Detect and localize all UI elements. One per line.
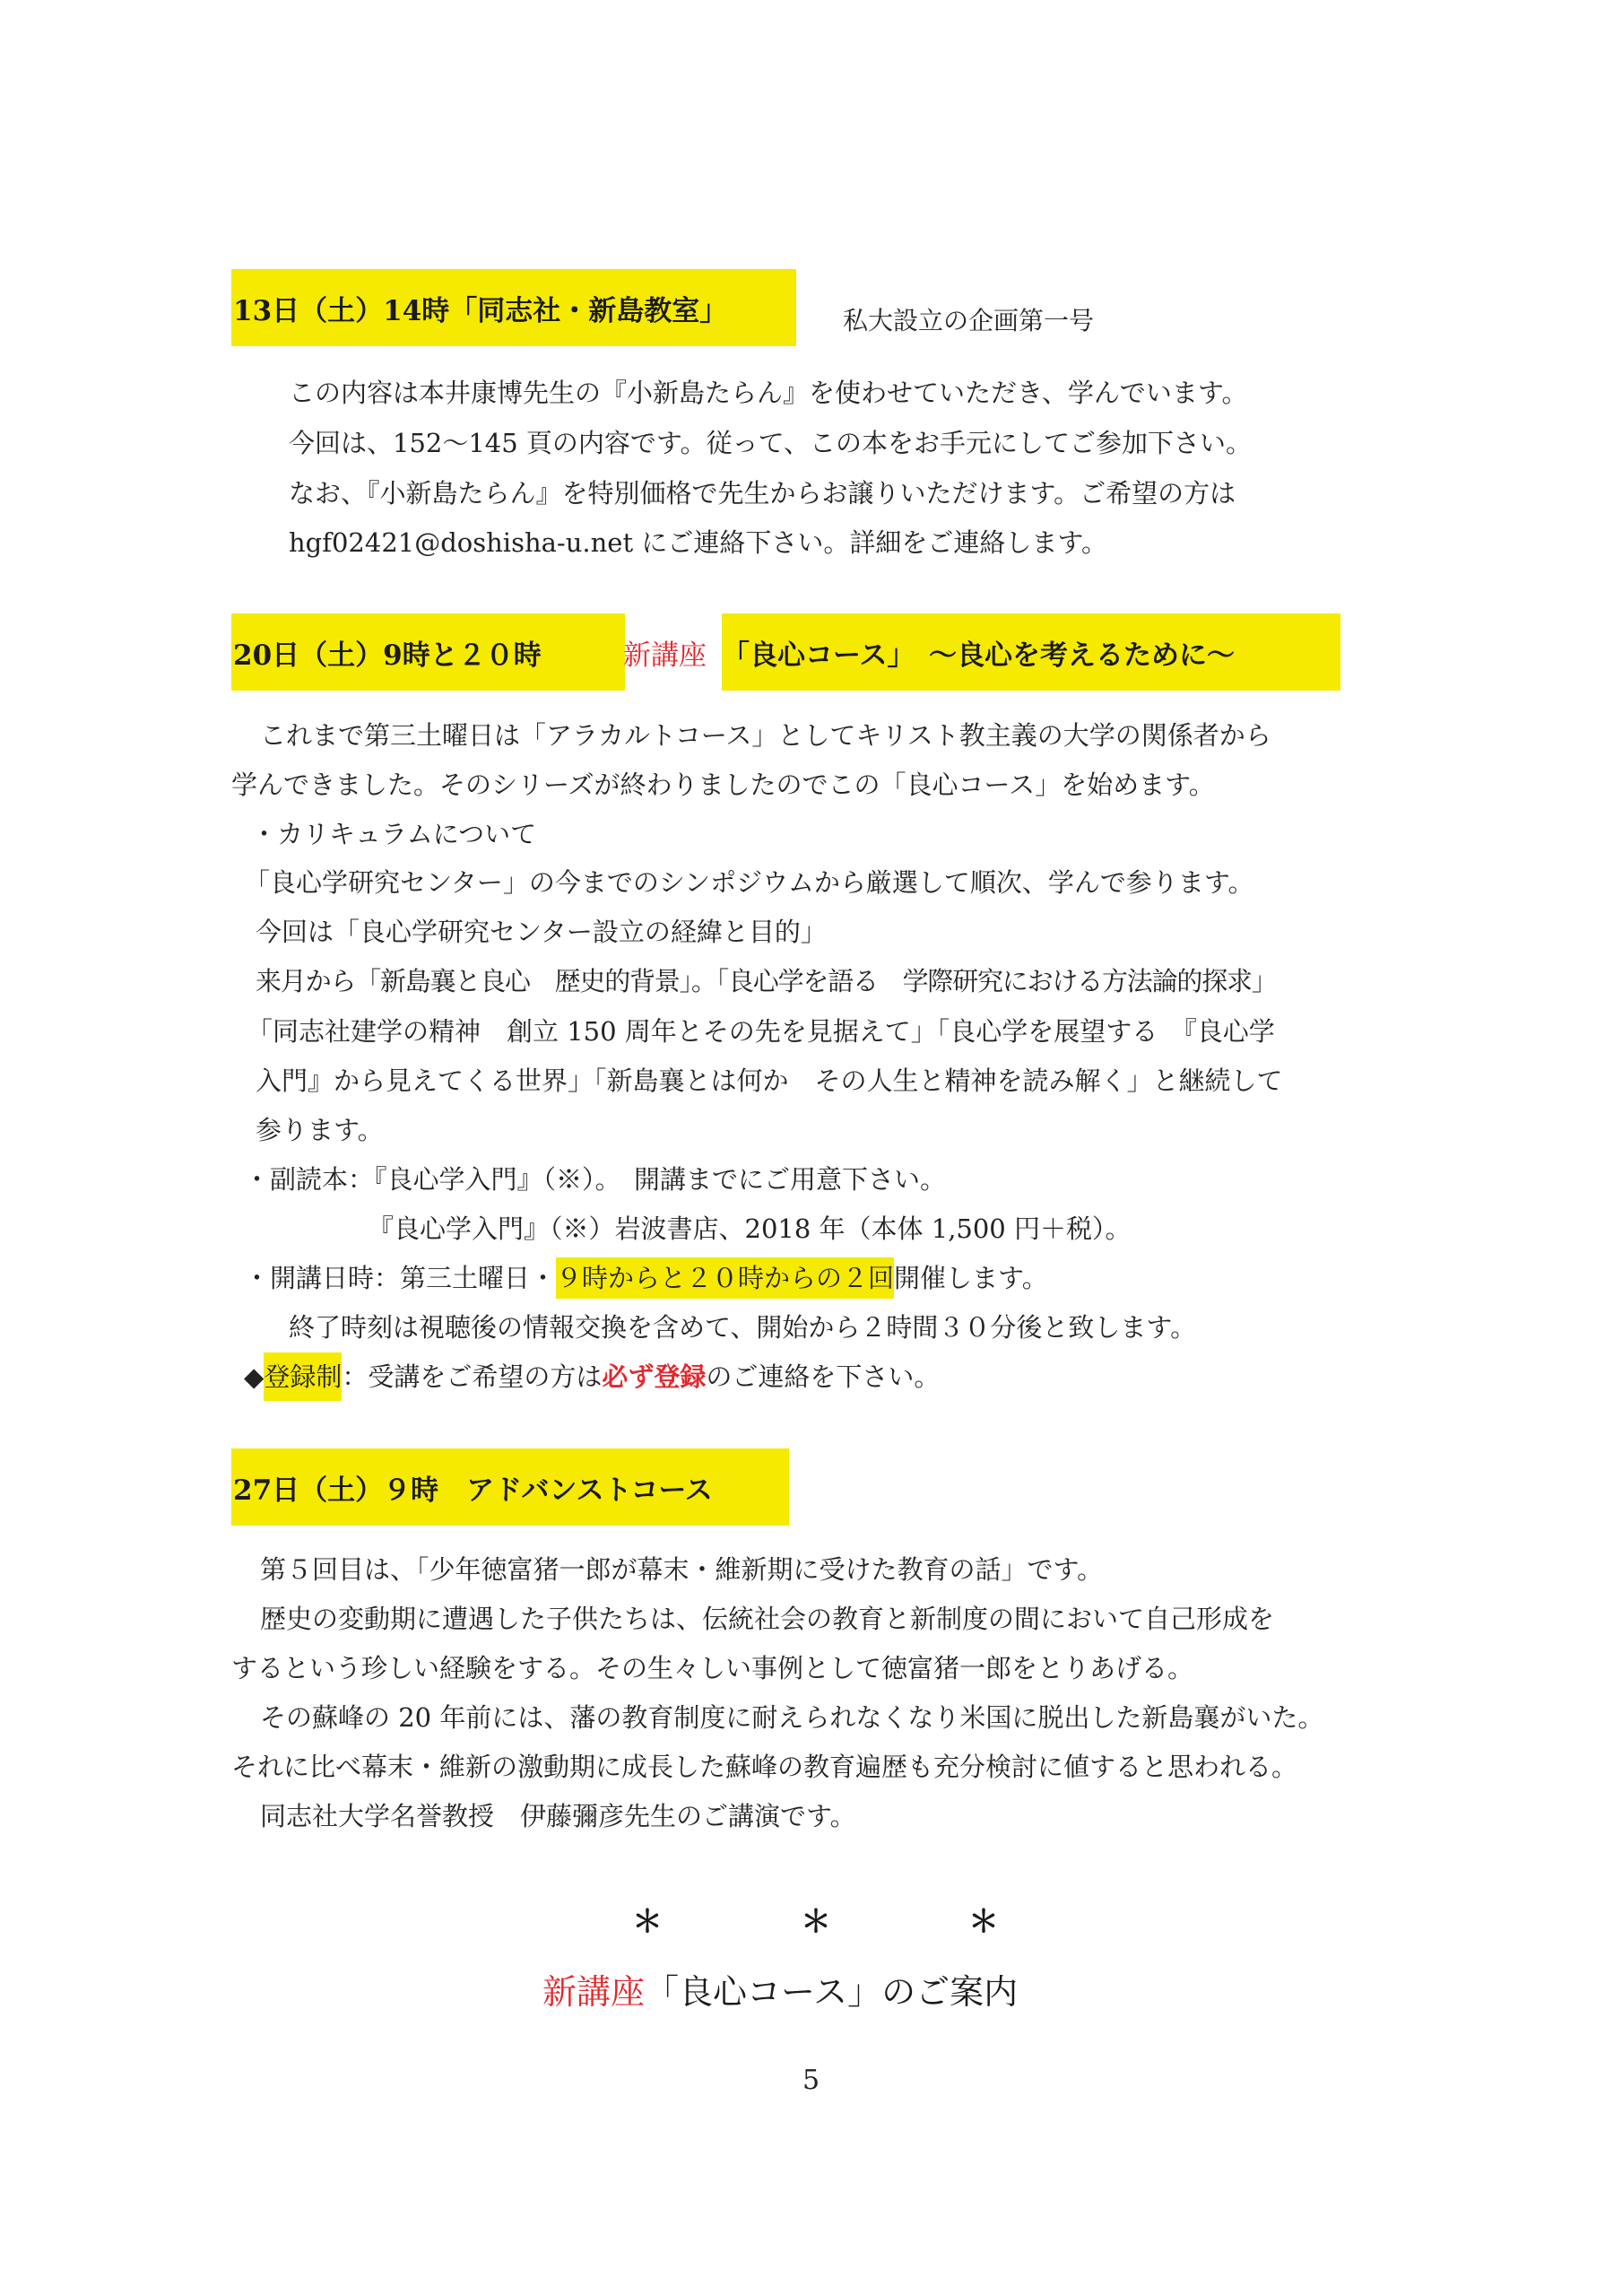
- section2-line-4: 「良心学研究センター」の今までのシンポジウムから厳選して順次、学んで参ります。: [244, 865, 1254, 900]
- section3-heading-highlight: 27日（土）９時 アドバンストコース: [231, 1448, 789, 1526]
- section1-subtitle: 私大設立の企画第一号: [843, 301, 1094, 337]
- register-required: 必ず登録: [602, 1361, 706, 1392]
- section1-heading-highlight: 13日（土）14時「同志社・新島教室」: [231, 269, 796, 346]
- section2-line-5: 今回は「良心学研究センター設立の経緯と目的」: [256, 914, 827, 950]
- divider-star-2: ＊: [801, 1897, 831, 1941]
- section2-heading-new-course: 新講座: [623, 632, 707, 673]
- schedule-suffix: 開催します。: [894, 1263, 1048, 1293]
- section2-heading-part2: 「良心コース」 ～良心を考えるために～: [722, 632, 1235, 673]
- section3-heading: 27日（土）９時 アドバンストコース: [233, 1467, 713, 1508]
- section3-line-3: するという珍しい経験をする。その生々しい事例として徳富猪一郎をとりあげる。: [231, 1650, 1193, 1686]
- section2-curriculum-label: ・カリキュラムについて: [251, 816, 536, 852]
- section2-line-6: 来月から「新島襄と良心 歴史的背景」。「良心学を語る 学際研究における方法論的探…: [256, 963, 1277, 999]
- section3-line-6: 同志社大学名誉教授 伊藤彌彦先生のご講演です。: [260, 1798, 856, 1834]
- section2-register-line: ◆登録制：受講をご希望の方は必ず登録のご連絡を下さい。: [244, 1359, 940, 1395]
- announcement-rest: 「良心コース」のご案内: [645, 1972, 1018, 2012]
- section1-line-2: 今回は、152〜145 頁の内容です。従って、この本をお手元にしてご参加下さい。: [289, 425, 1252, 461]
- section3-line-5: それに比べ幕末・維新の激動期に成長した蘇峰の教育遍歴も充分検討に値すると思われる…: [231, 1749, 1297, 1785]
- divider-star-1: ＊: [632, 1897, 663, 1941]
- section2-heading-highlight-a: 20日（土）9時と２０時: [231, 613, 625, 691]
- section2-end-time: 終了時刻は視聴後の情報交換を含めて、開始から２時間３０分後と致します。: [289, 1309, 1196, 1345]
- section1-line-1: この内容は本井康博先生の『小新島たらん』を使わせていただき、学んでいます。: [289, 375, 1248, 411]
- register-highlight: 登録制: [264, 1352, 342, 1401]
- section1-heading: 13日（土）14時「同志社・新島教室」: [233, 288, 727, 328]
- section2-heading-part1: 20日（土）9時と２０時: [233, 632, 542, 673]
- section2-line-2: 学んできました。そのシリーズが終わりましたのでこの「良心コース」を始めます。: [231, 767, 1215, 803]
- diamond-bullet-icon: ◆: [244, 1361, 264, 1392]
- page-number: 5: [802, 2065, 820, 2096]
- schedule-highlight: ９時からと２０時からの２回: [556, 1257, 894, 1299]
- register-suffix: のご連絡を下さい。: [706, 1361, 940, 1392]
- section2-line-9: 参ります。: [256, 1112, 384, 1148]
- section2-heading-red-wrap: 新講座: [623, 613, 707, 691]
- section2-heading-highlight-b: 「良心コース」 ～良心を考えるために～: [722, 613, 1340, 691]
- divider-star-3: ＊: [968, 1897, 999, 1941]
- register-mid: ：受講をご希望の方は: [342, 1361, 602, 1392]
- announcement-title: 新講座「良心コース」のご案内: [542, 1964, 1018, 2013]
- section3-line-2: 歴史の変動期に遭遇した子供たちは、伝統社会の教育と新制度の間において自己形成を: [260, 1601, 1274, 1637]
- section2-schedule-line: ・開講日時：第三土曜日・９時からと２０時からの２回開催します。: [244, 1260, 1048, 1296]
- section3-line-4: その蘇峰の 20 年前には、藩の教育制度に耐えられなくなり米国に脱出した新島襄が…: [260, 1700, 1323, 1735]
- section3-line-1: 第５回目は、「少年徳富猪一郎が幕末・維新期に受けた教育の話」です。: [260, 1552, 1103, 1587]
- section2-line-8: 入門』から見えてくる世界」「新島襄とは何か その人生と精神を読み解く」と継続して: [256, 1063, 1283, 1099]
- section1-line-3: なお、『小新島たらん』を特別価格で先生からお譲りいただけます。ご希望の方は: [289, 475, 1236, 511]
- schedule-prefix: ・開講日時：第三土曜日・: [244, 1263, 556, 1293]
- section1-contact-line: hgf02421@doshisha-u.net にご連絡下さい。詳細をご連絡しま…: [289, 525, 1107, 561]
- section2-textbook-line: ・副読本：『良心学入門』（※）。 開講までにご用意下さい。: [244, 1161, 946, 1197]
- announcement-new-course: 新講座: [542, 1972, 645, 2012]
- section2-line-1: これまで第三土曜日は「アラカルトコース」としてキリスト教主義の大学の関係者から: [260, 717, 1271, 753]
- section2-textbook-detail: 『良心学入門』（※）岩波書店、2018 年（本体 1,500 円＋税）。: [278, 1211, 1131, 1247]
- section2-line-7: 「同志社建学の精神 創立 150 周年とその先を見据えて」「良心学を展望する 『…: [247, 1013, 1275, 1049]
